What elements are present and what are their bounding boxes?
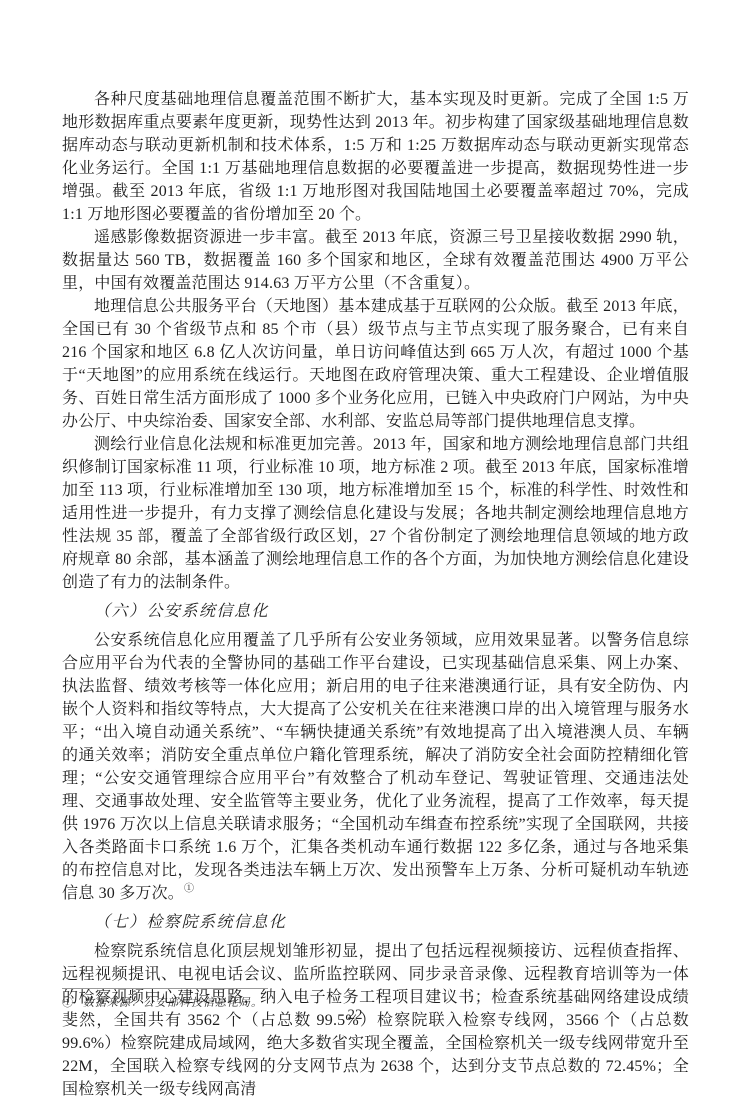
document-page: 各种尺度基础地理信息覆盖范围不断扩大，基本实现及时更新。完成了全国 1:5 万地… bbox=[0, 0, 750, 1110]
document-body: 各种尺度基础地理信息覆盖范围不断扩大，基本实现及时更新。完成了全国 1:5 万地… bbox=[62, 88, 689, 1101]
footnote-reference-1: ① bbox=[184, 884, 194, 895]
paragraph-surveying-regulations: 测绘行业信息化法规和标准更加完善。2013 年，国家和地方测绘地理信息部门共组织… bbox=[62, 433, 689, 594]
paragraph-public-security-systems: 公安系统信息化应用覆盖了几乎所有公安业务领域，应用效果显著。以警务信息综合应用平… bbox=[62, 629, 689, 905]
section-heading-procuratorate-informatization: （七）检察院系统信息化 bbox=[62, 911, 689, 934]
footnote-divider bbox=[62, 988, 268, 989]
section-heading-public-security-informatization: （六）公安系统信息化 bbox=[62, 600, 689, 623]
paragraph-remote-sensing-data: 遥感影像数据资源进一步丰富。截至 2013 年底，资源三号卫星接收数据 2990… bbox=[62, 226, 689, 295]
paragraph-basic-geo-info-coverage: 各种尺度基础地理信息覆盖范围不断扩大，基本实现及时更新。完成了全国 1:5 万地… bbox=[62, 88, 689, 226]
paragraph-tianditu-platform: 地理信息公共服务平台（天地图）基本建成基于互联网的公众版。截至 2013 年底，… bbox=[62, 295, 689, 433]
page-number: 22 bbox=[0, 1006, 710, 1024]
paragraph-public-security-text: 公安系统信息化应用覆盖了几乎所有公安业务领域，应用效果显著。以警务信息综合应用平… bbox=[62, 632, 689, 902]
